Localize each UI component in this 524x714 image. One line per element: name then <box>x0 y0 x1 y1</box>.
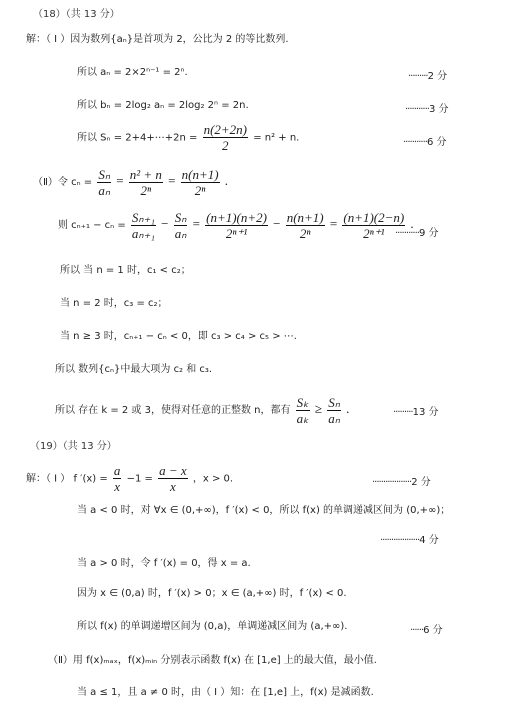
score-dots: ··········· <box>405 104 429 115</box>
score-dots: ··········· <box>403 137 427 148</box>
score-dots: ········· <box>393 407 413 418</box>
conclusion-fraction-1: Sₖaₖ <box>296 395 310 426</box>
score-dots: ······ <box>410 625 423 636</box>
diff-fraction-1: Sₙ₊₁aₙ₊₁ <box>131 210 156 241</box>
score-9: ···········9 分 <box>395 224 439 239</box>
fraction-denominator: aₙ <box>174 226 188 241</box>
q18-part1-intro: 解：（ I ）因为数列{aₙ}是首项为 2，公比为 2 的等比数列. <box>26 33 289 47</box>
cn-fraction-3: n(n+1)2ⁿ <box>181 167 220 198</box>
derivative-fraction-1: ax <box>113 463 122 494</box>
fraction-denominator: x <box>113 479 122 494</box>
cn-fraction-1: Sₙaₙ <box>97 167 111 198</box>
q18-bn-formula: 所以 bₙ = 2log₂ aₙ = 2log₂ 2ⁿ = 2n. <box>77 99 249 113</box>
fraction-denominator: aₙ <box>327 411 341 426</box>
diff-prefix: 则 cₙ₊₁ − cₙ = <box>58 220 126 231</box>
q19-part2-case: 当 a ≤ 1，且 a ≠ 0 时，由（ I ）知：在 [1,e] 上，f(x)… <box>77 686 374 700</box>
derivative-fraction-2: a − xx <box>158 463 188 494</box>
q18-header: （18）（共 13 分） <box>33 8 120 22</box>
fraction-numerator: n(n+1) <box>286 210 325 225</box>
q19-header: （19）（共 13 分） <box>30 440 117 454</box>
fraction-denominator: 2ⁿ <box>286 226 325 241</box>
score-label: 9 分 <box>419 228 439 239</box>
relation-geq: ≥ <box>315 401 322 416</box>
q18-case-n2: 当 n = 2 时，c₃ = c₂； <box>60 297 168 311</box>
q18-part2-cn: （Ⅱ）令 cₙ = Sₙaₙ = n² + n2ⁿ = n(n+1)2ⁿ . <box>33 165 228 199</box>
score-dots: ·················· <box>380 535 419 546</box>
fraction-numerator: (n+1)(2−n) <box>342 210 405 225</box>
fraction-numerator: Sₙ <box>97 167 111 182</box>
score-label: 13 分 <box>413 407 439 418</box>
sn-fraction: n(2+2n)2 <box>203 122 248 153</box>
fraction-numerator: Sₖ <box>296 395 310 410</box>
score-6b: ······6 分 <box>410 621 443 636</box>
fraction-denominator: aₖ <box>296 411 310 426</box>
score-3: ···········3 分 <box>405 100 449 115</box>
q19-monotone-intervals: 所以 f(x) 的单调递增区间为 (0,a)，单调递减区间为 (a,+∞). <box>77 620 347 634</box>
conclusion-fraction-2: Sₙaₙ <box>327 395 341 426</box>
score-6: ···········6 分 <box>403 133 447 148</box>
sn-suffix: = n² + n. <box>253 133 299 144</box>
q19-part1-derivative: 解：（ I ） f ′(x) = ax −1 = a − xx ，x > 0. <box>26 463 233 496</box>
q18-an-formula: 所以 aₙ = 2×2ⁿ⁻¹ = 2ⁿ. <box>77 66 188 80</box>
q18-difference: 则 cₙ₊₁ − cₙ = Sₙ₊₁aₙ₊₁ − Sₙaₙ = (n+1)(n+… <box>58 208 414 242</box>
fraction-denominator: 2 <box>203 138 248 153</box>
q18-case-n1: 所以 当 n = 1 时，c₁ < c₂； <box>60 264 191 278</box>
derivative-prefix: 解：（ I ） f ′(x) = <box>26 474 108 485</box>
fraction-denominator: 2ⁿ <box>181 183 220 198</box>
fraction-numerator: (n+1)(n+2) <box>205 210 268 225</box>
fraction-numerator: a − x <box>158 463 188 478</box>
derivative-suffix: ，x > 0. <box>193 474 233 485</box>
score-dots: ··········· <box>395 228 419 239</box>
diff-fraction-3: (n+1)(n+2)2ⁿ⁺¹ <box>205 210 268 241</box>
q18-max-terms: 所以 数列{cₙ}中最大项为 c₂ 和 c₃. <box>55 363 212 377</box>
diff-fraction-4: n(n+1)2ⁿ <box>286 210 325 241</box>
sn-prefix: 所以 Sₙ = 2+4+⋯+2n = <box>77 133 197 144</box>
score-dots: ·················· <box>372 477 411 488</box>
fraction-denominator: x <box>158 479 188 494</box>
fraction-numerator: Sₙ <box>327 395 341 410</box>
cn-fraction-2: n² + n2ⁿ <box>129 167 163 198</box>
score-label: 3 分 <box>429 104 449 115</box>
cn-prefix: （Ⅱ）令 cₙ = <box>33 177 92 188</box>
fraction-denominator: 2ⁿ⁺¹ <box>205 226 268 241</box>
score-label: 6 分 <box>423 625 443 636</box>
fraction-numerator: n(2+2n) <box>203 122 248 137</box>
derivative-mid: −1 = <box>127 474 153 485</box>
fraction-denominator: 2ⁿ <box>129 183 163 198</box>
score-2: ·········2 分 <box>408 67 447 82</box>
score-dots: ········· <box>408 71 428 82</box>
fraction-denominator: aₙ <box>97 183 111 198</box>
q19-part2: （Ⅱ）用 f(x)ₘₐₓ，f(x)ₘᵢₙ 分别表示函数 f(x) 在 [1,e]… <box>48 654 377 668</box>
q19-because: 因为 x ∈ (0,a) 时，f ′(x) > 0；x ∈ (a,+∞) 时，f… <box>77 587 347 601</box>
fraction-numerator: n(n+1) <box>181 167 220 182</box>
fraction-denominator: aₙ₊₁ <box>131 226 156 241</box>
q18-conclusion: 所以 存在 k = 2 或 3，使得对任意的正整数 n，都有 Sₖaₖ ≥ Sₙ… <box>55 393 349 427</box>
fraction-numerator: a <box>113 463 122 478</box>
score-13: ·········13 分 <box>393 403 439 418</box>
q19-case-a-negative: 当 a < 0 时，对 ∀x ∈ (0,+∞)，f ′(x) < 0，所以 f(… <box>77 504 450 518</box>
diff-fraction-2: Sₙaₙ <box>174 210 188 241</box>
fraction-numerator: Sₙ <box>174 210 188 225</box>
score-label: 2 分 <box>428 71 448 82</box>
q18-sn-formula: 所以 Sₙ = 2+4+⋯+2n = n(2+2n)2 = n² + n. <box>77 122 299 155</box>
score-label: 2 分 <box>411 477 431 488</box>
fraction-numerator: n² + n <box>129 167 163 182</box>
fraction-numerator: Sₙ₊₁ <box>131 210 156 225</box>
score-label: 6 分 <box>427 137 447 148</box>
score-4: ··················4 分 <box>380 531 439 546</box>
conclusion-prefix: 所以 存在 k = 2 或 3，使得对任意的正整数 n，都有 <box>55 405 290 416</box>
q18-case-n3: 当 n ≥ 3 时，cₙ₊₁ − cₙ < 0，即 c₃ > c₄ > c₅ >… <box>60 330 297 344</box>
score-label: 4 分 <box>419 535 439 546</box>
q19-case-a-positive: 当 a > 0 时，令 f ′(x) = 0，得 x = a. <box>77 557 251 571</box>
score-2b: ··················2 分 <box>372 473 431 488</box>
